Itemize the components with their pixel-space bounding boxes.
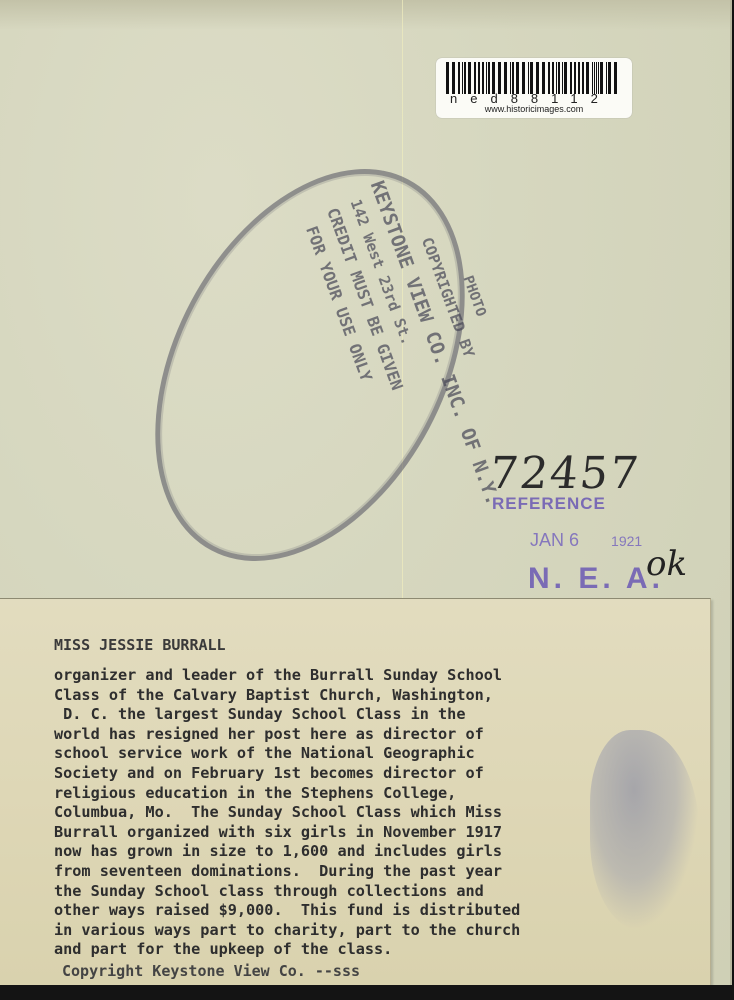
caption-line: D. C. the largest Sunday School Class in… [54,705,694,725]
caption-line: and part for the upkeep of the class. [54,940,694,960]
reference-stamp-date: JAN 61921 [530,530,642,551]
caption-line: school service work of the National Geog… [54,744,694,764]
caption-line: Columbua, Mo. The Sunday School Class wh… [54,803,694,823]
reference-year: 1921 [611,533,642,549]
scan-border [0,985,734,1000]
barcode-label: ned88112 www.historicimages.com [436,58,632,118]
caption-line: Class of the Calvary Baptist Church, Was… [54,686,694,706]
caption-line: from seventeen dominations. During the p… [54,862,694,882]
caption-line: world has resigned her post here as dire… [54,725,694,745]
handwritten-reference-number: 72457 [487,448,642,499]
caption-title: MISS JESSIE BURRALL [54,636,226,654]
handwritten-ok-mark: ok [646,544,687,584]
caption-line: other ways raised $9,000. This fund is d… [54,901,694,921]
reference-stamp-label: REFERENCE [492,494,606,514]
reference-date: JAN 6 [530,530,579,550]
caption-body: organizer and leader of the Burrall Sund… [54,666,694,960]
barcode-url: www.historicimages.com [436,104,632,114]
caption-line: organizer and leader of the Burrall Sund… [54,666,694,686]
reference-agency: N. E. A. [528,562,664,596]
caption-line: in various ways part to charity, part to… [54,921,694,941]
caption-line: the Sunday School class through collecti… [54,882,694,902]
barcode-icon [446,62,622,94]
caption-line: now has grown in size to 1,600 and inclu… [54,842,694,862]
copyright-stamp: PHOTO COPYRIGHTED BY KEYSTONE VIEW CO. I… [150,160,470,560]
caption-line: Burrall organized with six girls in Nove… [54,823,694,843]
caption-line: religious education in the Stephens Coll… [54,784,694,804]
caption-credit: Copyright Keystone View Co. --sss [62,962,360,980]
stamp-line: PHOTO [459,274,488,319]
caption-line: Society and on February 1st becomes dire… [54,764,694,784]
